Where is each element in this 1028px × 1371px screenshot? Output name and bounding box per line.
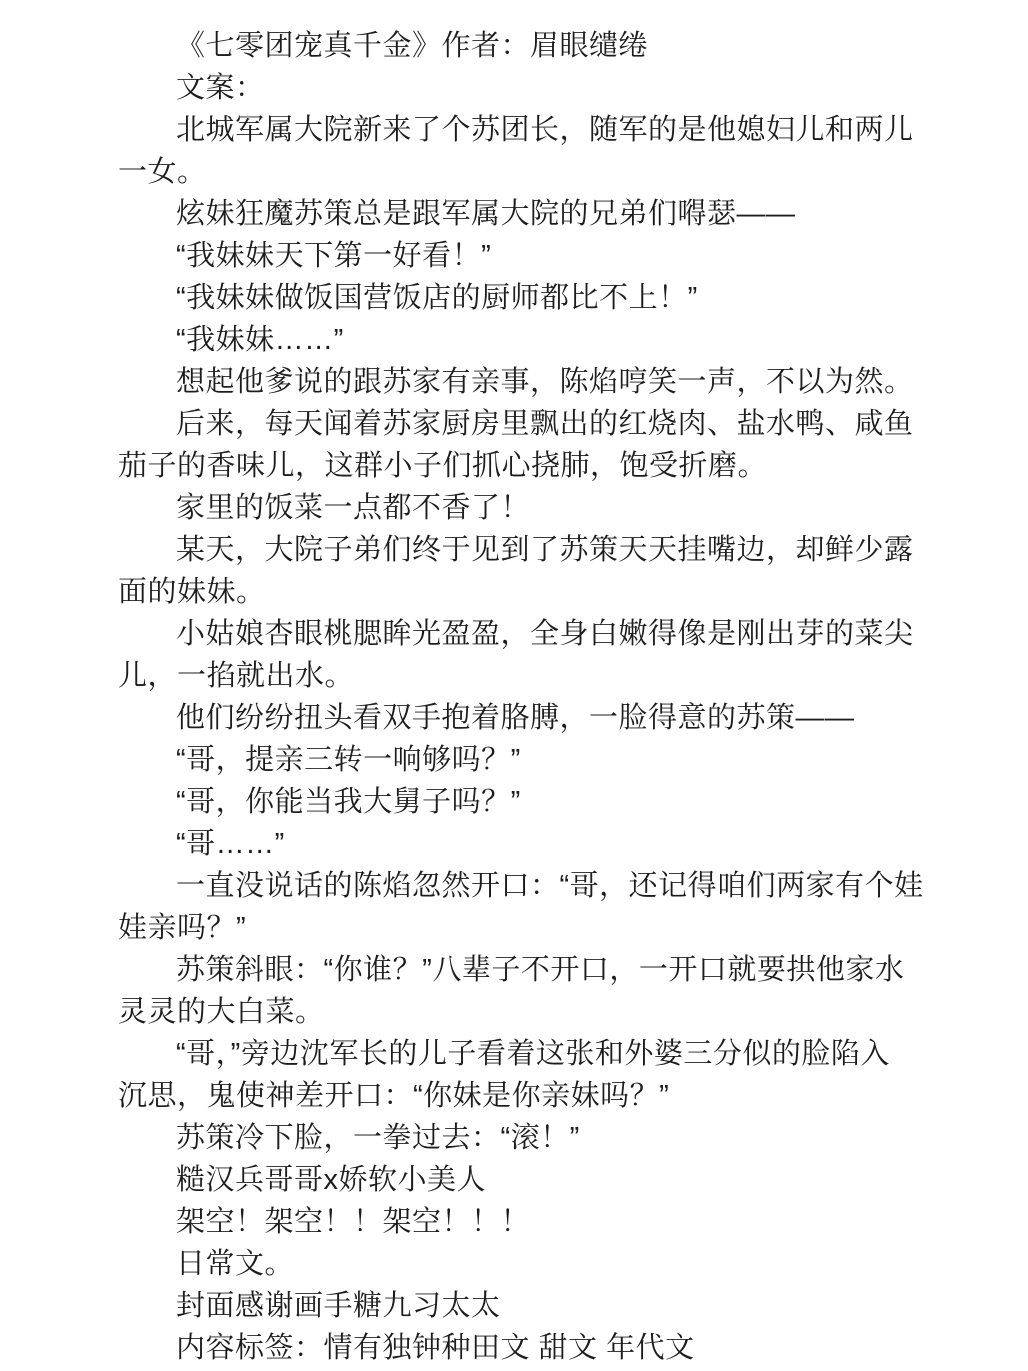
text-line: 娃亲吗？” — [118, 907, 928, 949]
text-line: 封面感谢画手糖九习太太 — [118, 1285, 928, 1327]
text-line: 文案： — [118, 67, 928, 109]
document-body: 文案：北城军属大院新来了个苏团长，随军的是他媳妇儿和两儿一女。炫妹狂魔苏策总是跟… — [118, 67, 928, 1369]
doc-title-line: 《七零团宠真千金》作者：眉眼缱绻 — [118, 25, 928, 67]
text-line: 一直没说话的陈焰忽然开口：“哥，还记得咱们两家有个娃 — [118, 865, 928, 907]
paragraph: 架空！架空！！架空！！！ — [118, 1201, 928, 1243]
paragraph: 日常文。 — [118, 1243, 928, 1285]
document-page: 《七零团宠真千金》作者：眉眼缱绻 文案：北城军属大院新来了个苏团长，随军的是他媳… — [0, 0, 1028, 1371]
paragraph: “我妹妹做饭国营饭店的厨师都比不上！” — [118, 277, 928, 319]
paragraph: 后来，每天闻着苏家厨房里飘出的红烧肉、盐水鸭、咸鱼茄子的香味儿，这群小子们抓心挠… — [118, 403, 928, 487]
paragraph: “哥……” — [118, 823, 928, 865]
paragraph: 他们纷纷扭头看双手抱着胳膊，一脸得意的苏策—— — [118, 697, 928, 739]
text-line: 儿，一掐就出水。 — [118, 655, 928, 697]
paragraph: 家里的饭菜一点都不香了！ — [118, 487, 928, 529]
text-line: “我妹妹做饭国营饭店的厨师都比不上！” — [118, 277, 928, 319]
text-line: “哥，你能当我大舅子吗？” — [118, 781, 928, 823]
author-byline: 作者：眉眼缱绻 — [442, 30, 649, 62]
text-line: 沉思，鬼使神差开口：“你妹是你亲妹吗？” — [118, 1075, 928, 1117]
paragraph: “我妹妹天下第一好看！” — [118, 235, 928, 277]
text-line: 日常文。 — [118, 1243, 928, 1285]
text-line: “哥，提亲三转一响够吗？” — [118, 739, 928, 781]
paragraph: 某天，大院子弟们终于见到了苏策天天挂嘴边，却鲜少露面的妹妹。 — [118, 529, 928, 613]
text-line: 小姑娘杏眼桃腮眸光盈盈，全身白嫩得像是刚出芽的菜尖 — [118, 613, 928, 655]
paragraph: 封面感谢画手糖九习太太 — [118, 1285, 928, 1327]
paragraph: 炫妹狂魔苏策总是跟军属大院的兄弟们嘚瑟—— — [118, 193, 928, 235]
text-line: 家里的饭菜一点都不香了！ — [118, 487, 928, 529]
text-line: 他们纷纷扭头看双手抱着胳膊，一脸得意的苏策—— — [118, 697, 928, 739]
book-title: 《七零团宠真千金》 — [176, 30, 442, 62]
text-line: 后来，每天闻着苏家厨房里飘出的红烧肉、盐水鸭、咸鱼 — [118, 403, 928, 445]
text-line: 苏策斜眼：“你谁？”八辈子不开口，一开口就要拱他家水 — [118, 949, 928, 991]
text-line: 糙汉兵哥哥x娇软小美人 — [118, 1159, 928, 1201]
paragraph: “哥，你能当我大舅子吗？” — [118, 781, 928, 823]
paragraph: “哥，”旁边沈军长的儿子看着这张和外婆三分似的脸陷入沉思，鬼使神差开口：“你妹是… — [118, 1033, 928, 1117]
text-line: 内容标签：情有独钟种田文 甜文 年代文 — [118, 1327, 928, 1369]
paragraph: 内容标签：情有独钟种田文 甜文 年代文 — [118, 1327, 928, 1369]
text-line: 茄子的香味儿，这群小子们抓心挠肺，饱受折磨。 — [118, 445, 928, 487]
paragraph: 一直没说话的陈焰忽然开口：“哥，还记得咱们两家有个娃娃亲吗？” — [118, 865, 928, 949]
text-line: 架空！架空！！架空！！！ — [118, 1201, 928, 1243]
paragraph: 糙汉兵哥哥x娇软小美人 — [118, 1159, 928, 1201]
paragraph: 小姑娘杏眼桃腮眸光盈盈，全身白嫩得像是刚出芽的菜尖儿，一掐就出水。 — [118, 613, 928, 697]
text-line: 炫妹狂魔苏策总是跟军属大院的兄弟们嘚瑟—— — [118, 193, 928, 235]
text-line: “我妹妹天下第一好看！” — [118, 235, 928, 277]
text-line: “我妹妹……” — [118, 319, 928, 361]
text-line: 灵灵的大白菜。 — [118, 991, 928, 1033]
text-line: 某天，大院子弟们终于见到了苏策天天挂嘴边，却鲜少露 — [118, 529, 928, 571]
paragraph: 苏策斜眼：“你谁？”八辈子不开口，一开口就要拱他家水灵灵的大白菜。 — [118, 949, 928, 1033]
text-line: “哥，”旁边沈军长的儿子看着这张和外婆三分似的脸陷入 — [118, 1033, 928, 1075]
text-line: “哥……” — [118, 823, 928, 865]
text-line: 一女。 — [118, 151, 928, 193]
paragraph: 北城军属大院新来了个苏团长，随军的是他媳妇儿和两儿一女。 — [118, 109, 928, 193]
paragraph: 苏策冷下脸，一拳过去：“滚！” — [118, 1117, 928, 1159]
text-line: 苏策冷下脸，一拳过去：“滚！” — [118, 1117, 928, 1159]
text-line: 北城军属大院新来了个苏团长，随军的是他媳妇儿和两儿 — [118, 109, 928, 151]
text-line: 面的妹妹。 — [118, 571, 928, 613]
paragraph: 想起他爹说的跟苏家有亲事，陈焰哼笑一声，不以为然。 — [118, 361, 928, 403]
paragraph: 文案： — [118, 67, 928, 109]
paragraph: “我妹妹……” — [118, 319, 928, 361]
text-line: 想起他爹说的跟苏家有亲事，陈焰哼笑一声，不以为然。 — [118, 361, 928, 403]
paragraph: “哥，提亲三转一响够吗？” — [118, 739, 928, 781]
